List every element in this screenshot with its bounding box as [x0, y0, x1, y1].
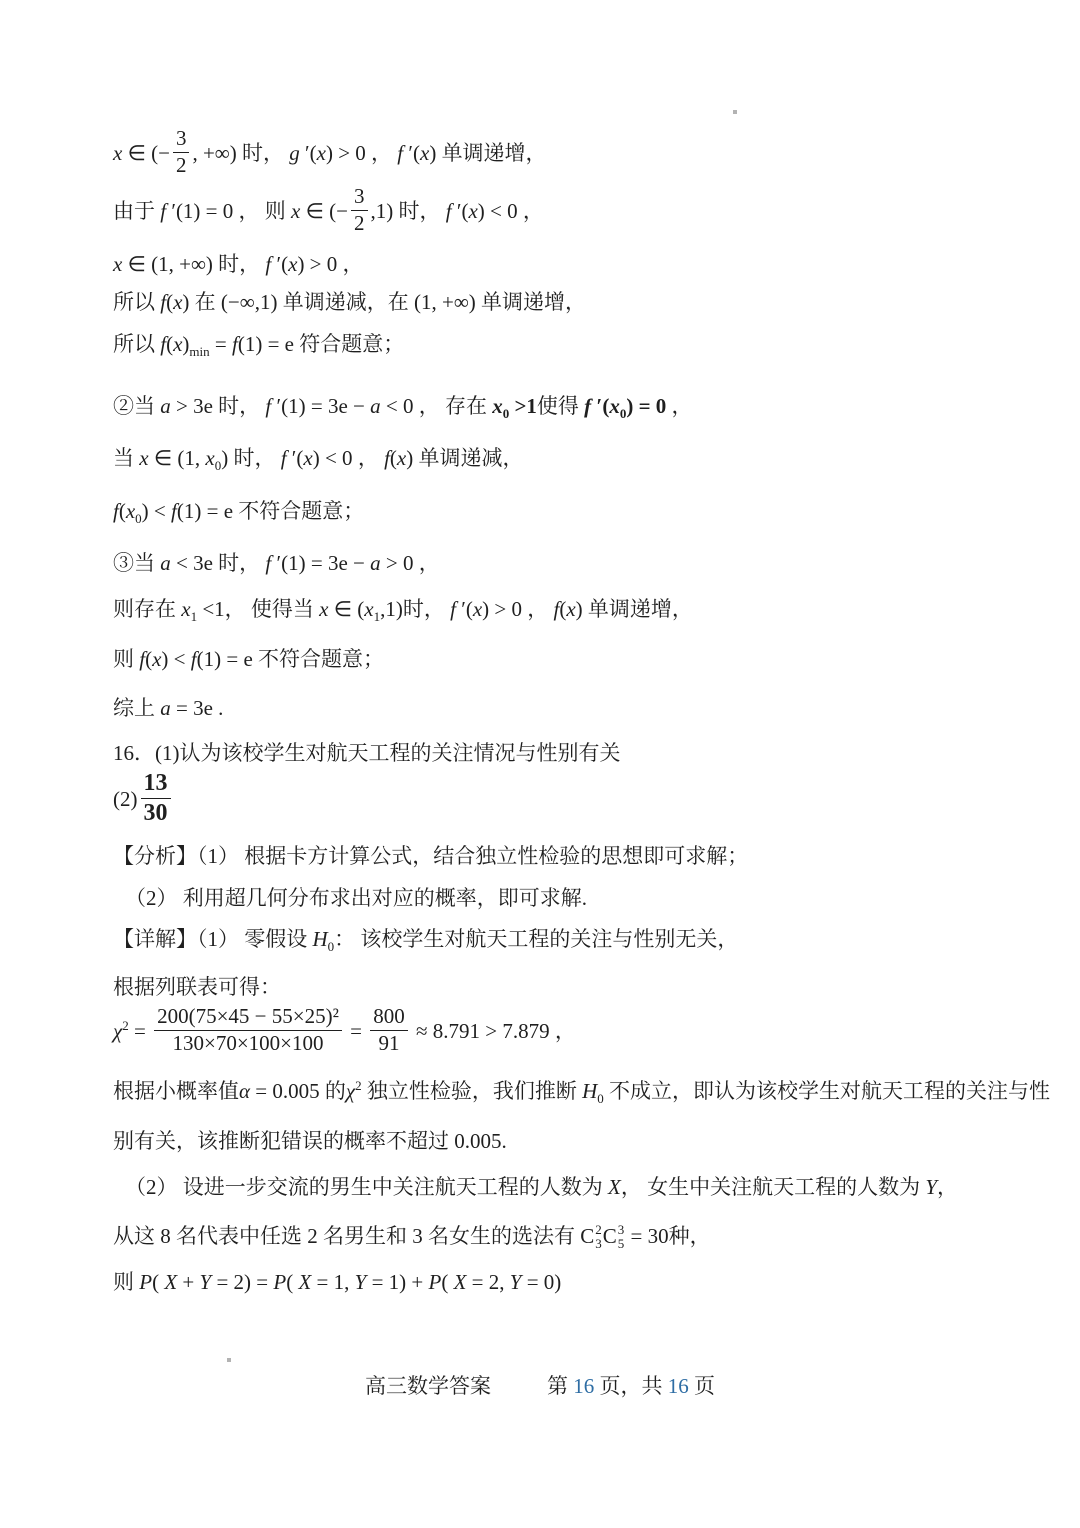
- text-run: （2） 设进一步交流的男生中关注航天工程的人数为: [125, 1175, 608, 1199]
- math-run: ): [406, 446, 418, 470]
- superscript: 3: [618, 1223, 625, 1237]
- math-run: (2): [113, 787, 138, 811]
- math-run: x: [492, 394, 503, 418]
- math-run: ∈ (: [329, 597, 365, 621]
- print-artifact-dot: [227, 1358, 231, 1362]
- math-run: α: [239, 1079, 250, 1103]
- math-run: =: [345, 1019, 367, 1043]
- math-run: < 0: [381, 394, 419, 418]
- text-run: 使得: [537, 394, 584, 418]
- math-run: (: [152, 1270, 164, 1294]
- text-run: 综上: [113, 696, 160, 720]
- text-line: (2)1330: [113, 773, 174, 830]
- text-run: 名代表中任选: [176, 1224, 307, 1248]
- math-run: x: [126, 499, 135, 523]
- print-artifact-dot: [733, 110, 737, 114]
- math-run: ,1): [380, 597, 403, 621]
- text-line: 所以 f(x)min = f(1) = e 符合题意；: [113, 330, 404, 361]
- text-run: 时，: [403, 597, 450, 621]
- text-run: 第: [547, 1374, 573, 1398]
- fraction-numerator: 800: [370, 1005, 408, 1031]
- math-run: = 1) +: [366, 1270, 428, 1294]
- text-line: 从这 8 名代表中任选 2 名男生和 3 名女生的选法有 C23C35 = 30…: [113, 1222, 711, 1252]
- text-run: ： 该校学生对航天工程的关注与性别无关，: [334, 927, 738, 951]
- text-run: 在: [195, 290, 221, 314]
- math-run: (1, +∞): [414, 290, 481, 314]
- math-run: >1: [509, 394, 537, 418]
- math-run: ′(: [300, 141, 317, 165]
- math-run: = 3e .: [171, 696, 224, 720]
- math-run: ): [182, 290, 194, 314]
- math-run: ∈ (−: [122, 141, 170, 165]
- math-run: < 3e: [171, 551, 218, 575]
- text-run: ②当: [113, 394, 160, 418]
- math-run: = 0): [521, 1270, 561, 1294]
- math-run: (: [119, 499, 126, 523]
- fraction-numerator: 200(75×45 − 55×25)²: [154, 1005, 342, 1031]
- text-run: 单调递增，: [481, 290, 586, 314]
- text-run: ③当: [113, 551, 160, 575]
- text-run: ，: [672, 394, 693, 418]
- math-run: ) <: [161, 647, 190, 671]
- math-run: a: [160, 696, 171, 720]
- text-run: 【分析】（1） 根据卡方计算公式，结合独立性检验的思想即可求解；: [113, 844, 748, 868]
- text-line: （2） 设进一步交流的男生中关注航天工程的人数为 X， 女生中关注航天工程的人数…: [125, 1173, 958, 1201]
- math-run: <1: [197, 597, 225, 621]
- combination-symbol-base: C: [580, 1224, 594, 1248]
- math-run: x: [473, 597, 482, 621]
- text-run: 不符合题意；: [238, 499, 364, 523]
- text-run: ， 则: [239, 199, 292, 223]
- math-run: a: [160, 551, 171, 575]
- math-run: 2: [307, 1224, 323, 1248]
- text-run: 单调递减，: [418, 446, 523, 470]
- math-run: (: [286, 1270, 298, 1294]
- math-run: χ: [346, 1079, 355, 1103]
- text-run: 不符合题意；: [258, 647, 384, 671]
- text-line: x ∈ (1, +∞) 时， f ′(x) > 0 ，: [113, 250, 364, 278]
- math-run: X: [608, 1175, 621, 1199]
- math-run: Y: [925, 1175, 937, 1199]
- subscript: 5: [618, 1237, 625, 1251]
- fraction-denominator: 130×70×100×100: [154, 1031, 342, 1056]
- math-run: > 3e: [171, 394, 218, 418]
- math-run: x: [468, 199, 477, 223]
- text-run: 单调递增，: [442, 141, 547, 165]
- fraction-numerator: 13: [141, 770, 171, 799]
- math-run: x: [181, 597, 190, 621]
- math-run: χ: [113, 1019, 122, 1043]
- math-run: ) < 0: [478, 199, 523, 223]
- math-run: x: [205, 446, 214, 470]
- math-run: ): [429, 141, 441, 165]
- text-line: 【分析】（1） 根据卡方计算公式，结合独立性检验的思想即可求解；: [113, 842, 748, 870]
- text-run: ，: [527, 597, 553, 621]
- text-run: 所以: [113, 332, 160, 356]
- text-run: 种，: [669, 1224, 711, 1248]
- text-run: 则: [113, 647, 139, 671]
- math-run: ′(1) = 0: [166, 199, 238, 223]
- text-run: ，: [937, 1175, 958, 1199]
- math-run: = 2,: [466, 1270, 509, 1294]
- math-run: X: [164, 1270, 177, 1294]
- fraction: 32: [351, 185, 368, 235]
- math-run: a: [160, 394, 171, 418]
- math-run: x: [364, 597, 373, 621]
- math-run: ∈ (1, +∞): [122, 252, 218, 276]
- answer-sheet-page: x ∈ (−32, +∞) 时， g ′(x) > 0 ， f ′(x) 单调递…: [0, 0, 1080, 1528]
- text-run: ， 使得当: [225, 597, 320, 621]
- math-run: ) > 0: [482, 597, 527, 621]
- text-line: 别有关，该推断犯错误的概率不超过 0.005.: [113, 1127, 507, 1155]
- math-run: P: [429, 1270, 442, 1294]
- math-run: P: [273, 1270, 286, 1294]
- math-run: ): [221, 446, 233, 470]
- fraction-denominator: 2: [173, 153, 190, 178]
- text-run: 根据小概率值: [113, 1079, 239, 1103]
- fraction-denominator: 30: [141, 799, 171, 827]
- math-run: = 2) =: [211, 1270, 273, 1294]
- text-line: 根据列联表可得：: [113, 973, 281, 1001]
- math-run: x: [609, 394, 620, 418]
- text-line: 【详解】（1） 零假设 H0： 该校学生对航天工程的关注与性别无关，: [113, 925, 738, 956]
- math-run: ) < 0: [313, 446, 358, 470]
- math-run: ′(: [591, 394, 609, 418]
- math-run: > 0: [381, 551, 419, 575]
- math-run: x: [397, 446, 406, 470]
- fraction: 200(75×45 − 55×25)²130×70×100×100: [154, 1005, 342, 1055]
- math-run: =: [129, 1019, 151, 1043]
- text-line: χ2 = 200(75×45 − 55×25)²130×70×100×100 =…: [113, 1008, 576, 1058]
- math-run: x: [139, 446, 148, 470]
- text-run: 页: [689, 1374, 715, 1398]
- text-run: 当: [113, 446, 139, 470]
- math-run: (1) = e: [177, 499, 238, 523]
- combination-symbol-indices: 35: [618, 1223, 625, 1252]
- math-run: ): [576, 597, 588, 621]
- text-run: 时，: [399, 199, 446, 223]
- math-run: ) > 0: [326, 141, 371, 165]
- math-run: ′(: [403, 141, 420, 165]
- math-run: H: [582, 1079, 597, 1103]
- text-line: 综上 a = 3e .: [113, 694, 223, 722]
- text-run: 高三数学答案: [365, 1374, 491, 1398]
- math-run: = 30: [625, 1224, 668, 1248]
- text-line: 则存在 x1 <1， 使得当 x ∈ (x1,1)时， f ′(x) > 0 ，…: [113, 595, 693, 626]
- math-run: H: [313, 927, 328, 951]
- combination-symbol-indices: 23: [595, 1223, 602, 1252]
- math-run: x: [303, 446, 312, 470]
- page-number: 16: [573, 1374, 594, 1398]
- text-run: ，: [343, 252, 364, 276]
- math-run: 3: [412, 1224, 428, 1248]
- text-line: 16．(1)认为该校学生对航天工程的关注情况与性别有关: [113, 739, 621, 767]
- math-run: 16．(1): [113, 741, 180, 765]
- text-line: 则 P( X + Y = 2) = P( X = 1, Y = 1) + P( …: [113, 1268, 561, 1296]
- math-run: X: [454, 1270, 467, 1294]
- math-run: ) = 0: [626, 394, 671, 418]
- fraction-numerator: 3: [351, 185, 368, 211]
- math-run: ′(1) = 3e −: [271, 394, 370, 418]
- math-run: P: [139, 1270, 152, 1294]
- text-line: x ∈ (−32, +∞) 时， g ′(x) > 0 ， f ′(x) 单调递…: [113, 130, 547, 180]
- math-run: ′(: [271, 252, 288, 276]
- text-line: 由于 f ′(1) = 0 ， 则 x ∈ (−32,1) 时， f ′(x) …: [113, 188, 544, 238]
- text-run: 时，: [218, 551, 265, 575]
- math-run: x: [420, 141, 429, 165]
- text-run: 页，共: [594, 1374, 668, 1398]
- text-line: f(x0) < f(1) = e 不符合题意；: [113, 497, 364, 528]
- text-run: 单调递减，在: [283, 290, 414, 314]
- math-run: a: [370, 551, 381, 575]
- text-run: 时，: [218, 394, 265, 418]
- text-run: ， 存在: [419, 394, 493, 418]
- math-run: x: [566, 597, 575, 621]
- math-run: (1) = e: [238, 332, 299, 356]
- math-run: 0.005.: [454, 1129, 507, 1153]
- text-run: ， 女生中关注航天工程的人数为: [621, 1175, 926, 1199]
- math-run: 8: [160, 1224, 176, 1248]
- text-run: 不成立，即认为该校学生对航天工程的关注与性: [604, 1079, 1050, 1103]
- math-run: Y: [355, 1270, 367, 1294]
- fraction-numerator: 3: [173, 127, 190, 153]
- text-run: 则: [113, 1270, 139, 1294]
- math-run: +: [177, 1270, 199, 1294]
- math-run: (: [390, 446, 397, 470]
- text-run: 时，: [242, 141, 289, 165]
- text-line: ③当 a < 3e 时， f ′(1) = 3e − a > 0 ，: [113, 549, 440, 577]
- text-run: 独立性检验，我们推断: [362, 1079, 583, 1103]
- text-line: 当 x ∈ (1, x0) 时， f ′(x) < 0 ， f(x) 单调递减，: [113, 444, 523, 475]
- text-run: ，: [555, 1019, 576, 1043]
- superscript: 2: [595, 1223, 602, 1237]
- text-line: 所以 f(x) 在 (−∞,1) 单调递减，在 (1, +∞) 单调递增，: [113, 288, 586, 316]
- text-run: 单调递增，: [588, 597, 693, 621]
- math-run: = 1,: [311, 1270, 354, 1294]
- math-run: x: [319, 597, 328, 621]
- math-run: ′(: [456, 597, 473, 621]
- math-run: ) <: [142, 499, 171, 523]
- page-number: 16: [668, 1374, 689, 1398]
- math-run: a: [370, 394, 381, 418]
- page-footer: 高三数学答案第 16 页，共 16 页: [0, 1372, 1080, 1400]
- math-run: ′(: [287, 446, 304, 470]
- math-run: (1) = e: [197, 647, 258, 671]
- text-line: ②当 a > 3e 时， f ′(1) = 3e − a < 0 ， 存在 x0…: [113, 392, 693, 423]
- fraction: 1330: [141, 770, 171, 827]
- text-run: ，: [523, 199, 544, 223]
- math-run: ≈ 8.791 > 7.879: [411, 1019, 555, 1043]
- text-run: 时，: [233, 446, 280, 470]
- text-run: 认为该校学生对航天工程的关注情况与性别有关: [180, 741, 621, 765]
- fraction-denominator: 2: [351, 211, 368, 236]
- text-run: 从这: [113, 1224, 160, 1248]
- math-run: g: [289, 141, 300, 165]
- subscript: min: [189, 344, 209, 359]
- math-run: ′(1) = 3e −: [271, 551, 370, 575]
- math-run: x: [113, 252, 122, 276]
- subscript: 3: [595, 1237, 602, 1251]
- math-run: (−∞,1): [221, 290, 283, 314]
- math-run: x: [113, 141, 122, 165]
- math-run: =: [210, 332, 232, 356]
- fraction: 80091: [370, 1005, 408, 1055]
- math-run: ′(: [452, 199, 469, 223]
- fraction: 32: [173, 127, 190, 177]
- math-run: (: [441, 1270, 453, 1294]
- text-line: （2） 利用超几何分布求出对应的概率，即可求解.: [125, 884, 587, 912]
- math-run: Y: [510, 1270, 522, 1294]
- math-run: Y: [200, 1270, 212, 1294]
- math-run: x: [291, 199, 300, 223]
- text-run: 名男生和: [323, 1224, 412, 1248]
- text-run: 的: [325, 1079, 346, 1103]
- text-run: 由于: [113, 199, 160, 223]
- math-run: ) > 0: [297, 252, 342, 276]
- math-run: ∈ (1,: [149, 446, 206, 470]
- math-run: ∈ (−: [300, 199, 348, 223]
- text-run: ，: [419, 551, 440, 575]
- math-run: x: [317, 141, 326, 165]
- text-run: 根据列联表可得：: [113, 975, 281, 999]
- text-run: 名女生的选法有: [428, 1224, 580, 1248]
- text-run: 【详解】（1） 零假设: [113, 927, 313, 951]
- math-run: = 0.005: [250, 1079, 325, 1103]
- text-line: 根据小概率值α = 0.005 的χ2 独立性检验，我们推断 H0 不成立，即认…: [113, 1077, 1050, 1108]
- text-run: ，: [358, 446, 384, 470]
- text-run: 符合题意；: [299, 332, 404, 356]
- combination-symbol-base: C: [603, 1224, 617, 1248]
- text-run: ，: [371, 141, 397, 165]
- text-run: （2） 利用超几何分布求出对应的概率，即可求解.: [125, 886, 587, 910]
- text-run: 所以: [113, 290, 160, 314]
- text-run: 时，: [218, 252, 265, 276]
- fraction-denominator: 91: [370, 1031, 408, 1056]
- text-run: 别有关，该推断犯错误的概率不超过: [113, 1129, 454, 1153]
- math-run: X: [298, 1270, 311, 1294]
- text-run: 则存在: [113, 597, 181, 621]
- math-run: ,1): [371, 199, 399, 223]
- math-run: , +∞): [192, 141, 242, 165]
- text-line: 则 f(x) < f(1) = e 不符合题意；: [113, 645, 384, 673]
